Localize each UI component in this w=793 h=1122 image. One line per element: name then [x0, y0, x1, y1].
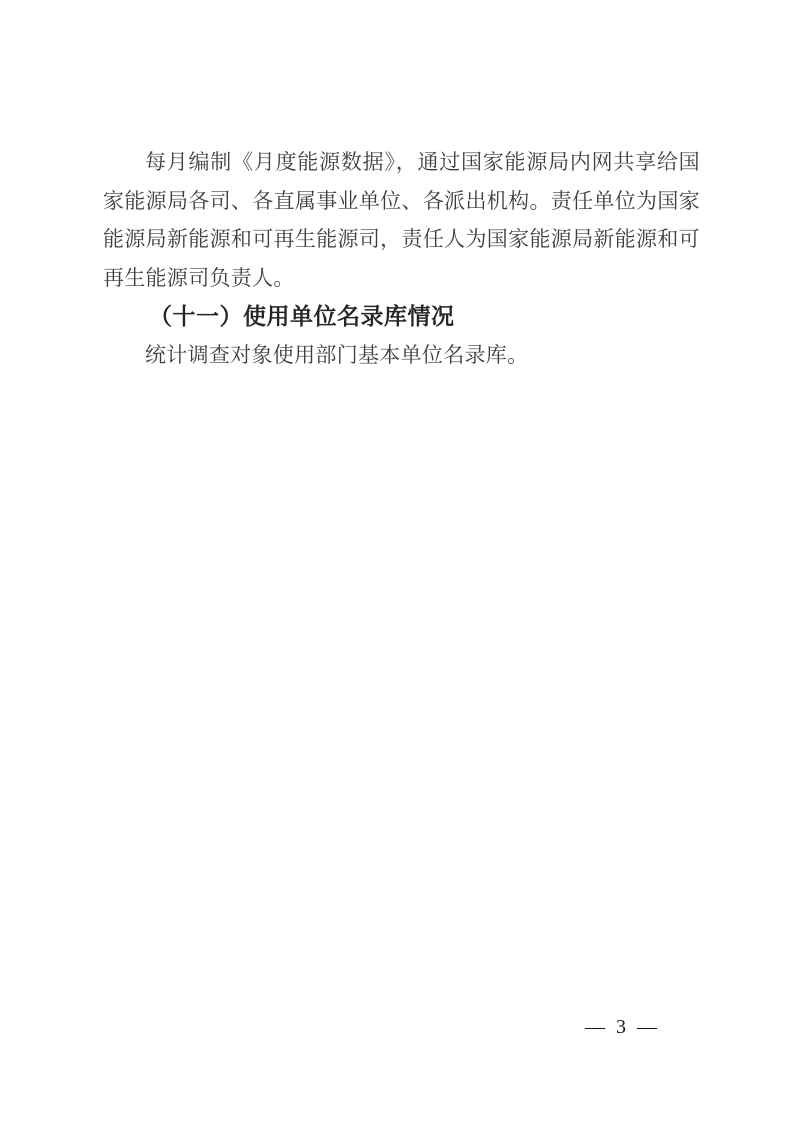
paragraph-directory-usage: 统计调查对象使用部门基本单位名录库。 [103, 336, 700, 375]
document-page: 每月编制《月度能源数据》，通过国家能源局内网共享给国家能源局各司、各直属事业单位… [0, 0, 793, 1122]
document-content: 每月编制《月度能源数据》，通过国家能源局内网共享给国家能源局各司、各直属事业单位… [103, 143, 700, 374]
page-number: — 3 — [585, 1013, 660, 1041]
section-heading-11: （十一）使用单位名录库情况 [103, 297, 700, 336]
paragraph-monthly-energy-data: 每月编制《月度能源数据》，通过国家能源局内网共享给国家能源局各司、各直属事业单位… [103, 143, 700, 297]
